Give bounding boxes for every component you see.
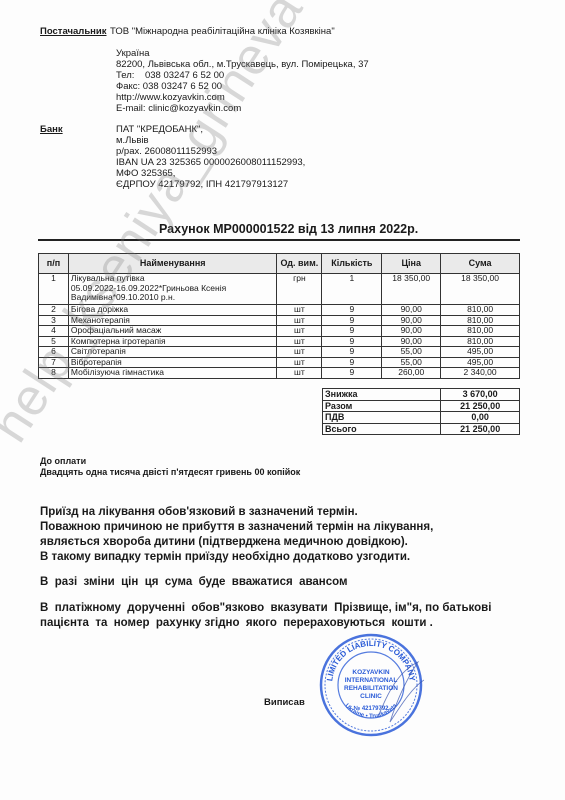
totals-row-total: Всього 21 250,00 bbox=[323, 423, 520, 435]
note-line: В такому випадку термін приїзду необхідн… bbox=[40, 550, 433, 565]
cell-unit: грн bbox=[277, 274, 322, 305]
payment-label: До оплати bbox=[40, 456, 300, 467]
totals-row-discount: Знижка 3 670,00 bbox=[323, 389, 520, 401]
col-header-sum: Сума bbox=[441, 254, 520, 274]
totals-value: 3 670,00 bbox=[441, 389, 520, 401]
table-row: 5 Компютерна ігротерапія шт 9 90,00 810,… bbox=[39, 336, 520, 347]
cell-qty: 9 bbox=[322, 336, 382, 347]
totals-table: Знижка 3 670,00 Разом 21 250,00 ПДВ 0,00… bbox=[322, 388, 520, 435]
cell-unit: шт bbox=[277, 347, 322, 358]
payment-block: До оплати Двадцять одна тисяча двісті п'… bbox=[40, 456, 300, 478]
cell-name: Вібротерапія bbox=[68, 357, 277, 368]
cell-unit: шт bbox=[277, 368, 322, 379]
col-header-number: п/п bbox=[39, 254, 69, 274]
cell-sum: 18 350,00 bbox=[441, 274, 520, 305]
cell-price: 18 350,00 bbox=[382, 274, 441, 305]
cell-qty: 9 bbox=[322, 357, 382, 368]
cell-unit: шт bbox=[277, 305, 322, 316]
cell-price: 55,00 bbox=[382, 347, 441, 358]
notes-payment-order: В платіжному дорученні обов"язково вказу… bbox=[40, 601, 491, 631]
cell-sum: 810,00 bbox=[441, 326, 520, 337]
totals-row-subtotal: Разом 21 250,00 bbox=[323, 400, 520, 412]
cell-price: 90,00 bbox=[382, 315, 441, 326]
payment-amount-words: Двадцять одна тисяча двісті п'ятдесят гр… bbox=[40, 467, 300, 478]
totals-value: 21 250,00 bbox=[441, 400, 520, 412]
cell-sum: 810,00 bbox=[441, 305, 520, 316]
col-header-unit: Од. вим. bbox=[277, 254, 322, 274]
cell-unit: шт bbox=[277, 315, 322, 326]
cell-sum: 810,00 bbox=[441, 315, 520, 326]
svg-text:KOZYAVKIN: KOZYAVKIN bbox=[352, 669, 390, 676]
svg-text:INTERNATIONAL: INTERNATIONAL bbox=[345, 677, 398, 684]
cell-sum: 495,00 bbox=[441, 347, 520, 358]
cell-name: Світлотерапія bbox=[68, 347, 277, 358]
company-stamp-icon: LIMITED LIABILITY COMPANY Ukraine • Trus… bbox=[318, 632, 424, 738]
cell-price: 90,00 bbox=[382, 336, 441, 347]
cell-sum: 810,00 bbox=[441, 336, 520, 347]
totals-row-vat: ПДВ 0,00 bbox=[323, 412, 520, 424]
table-row: 8 Мобілізуюча гімнастика шт 9 260,00 2 3… bbox=[39, 368, 520, 379]
cell-price: 260,00 bbox=[382, 368, 441, 379]
totals-value: 0,00 bbox=[441, 412, 520, 424]
totals-label: Всього bbox=[323, 423, 441, 435]
cell-qty: 9 bbox=[322, 315, 382, 326]
cell-qty: 9 bbox=[322, 326, 382, 337]
note-line: В платіжному дорученні обов"язково вказу… bbox=[40, 601, 491, 616]
svg-text:№ 42179792: № 42179792 bbox=[353, 705, 389, 712]
totals-label: Знижка bbox=[323, 389, 441, 401]
note-line: Приїзд на лікування обов'язковий в зазна… bbox=[40, 505, 433, 520]
table-row: 7 Вібротерапія шт 9 55,00 495,00 bbox=[39, 357, 520, 368]
cell-qty: 9 bbox=[322, 368, 382, 379]
notes-arrival: Приїзд на лікування обов'язковий в зазна… bbox=[40, 505, 433, 565]
cell-price: 55,00 bbox=[382, 357, 441, 368]
note-line: являється хвороба дитини (підтверджена м… bbox=[40, 535, 433, 550]
cell-unit: шт bbox=[277, 357, 322, 368]
cell-unit: шт bbox=[277, 326, 322, 337]
cell-qty: 9 bbox=[322, 305, 382, 316]
supplier-label: Постачальник bbox=[40, 26, 107, 37]
col-header-price: Ціна bbox=[382, 254, 441, 274]
cell-price: 90,00 bbox=[382, 326, 441, 337]
cell-sum: 495,00 bbox=[441, 357, 520, 368]
col-header-qty: Кількість bbox=[322, 254, 382, 274]
totals-value: 21 250,00 bbox=[441, 423, 520, 435]
totals-label: Разом bbox=[323, 400, 441, 412]
note-line: Поважною причиною не прибуття в зазначен… bbox=[40, 520, 433, 535]
cell-name: Мобілізуюча гімнастика bbox=[68, 368, 277, 379]
issued-by-label: Виписав bbox=[264, 697, 305, 708]
cell-sum: 2 340,00 bbox=[441, 368, 520, 379]
totals-label: ПДВ bbox=[323, 412, 441, 424]
note-line: пацієнта та номер рахунку згідно якого п… bbox=[40, 616, 491, 631]
svg-text:CLINIC: CLINIC bbox=[360, 693, 382, 700]
cell-qty: 9 bbox=[322, 347, 382, 358]
table-row: 6 Світлотерапія шт 9 55,00 495,00 bbox=[39, 347, 520, 358]
note-advance: В разі зміни цін ця сума буде вважатися … bbox=[40, 575, 348, 590]
cell-price: 90,00 bbox=[382, 305, 441, 316]
cell-qty: 1 bbox=[322, 274, 382, 305]
invoice-title: Рахунок МР000001522 від 13 липня 2022р. bbox=[159, 222, 418, 236]
cell-unit: шт bbox=[277, 336, 322, 347]
bank-label: Банк bbox=[40, 124, 63, 135]
